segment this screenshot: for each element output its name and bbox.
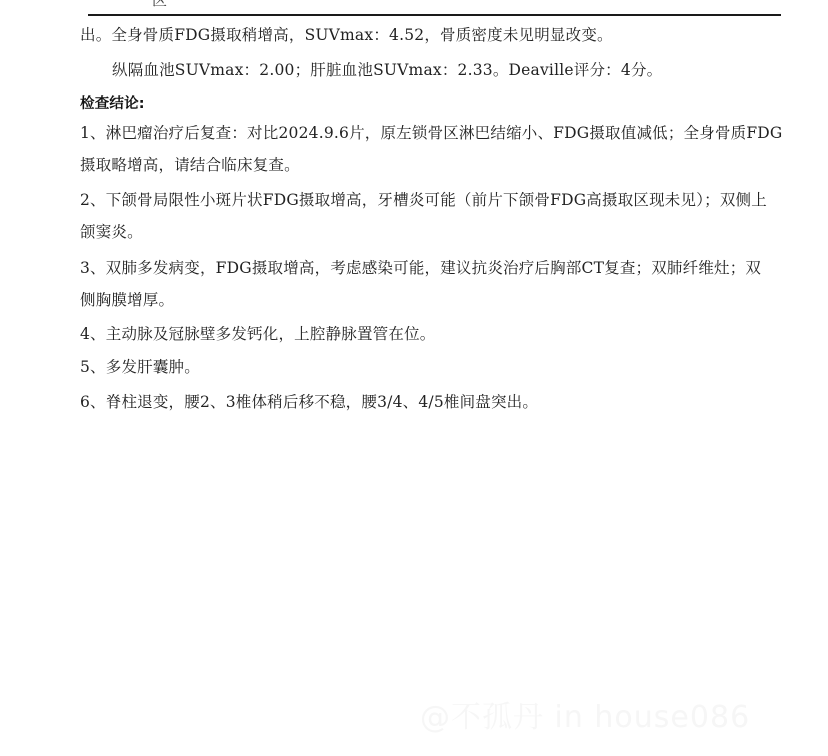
conclusion-item-5: 5、多发肝囊肿。 <box>80 357 200 377</box>
section-divider <box>88 14 781 16</box>
conclusion-item-2-line-1: 2、下颌骨局限性小斑片状FDG摄取增高，牙槽炎可能（前片下颌骨FDG高摄取区现未… <box>80 190 767 210</box>
conclusion-item-1-line-1: 1、淋巴瘤治疗后复查：对比2024.9.6片，原左锁骨区淋巴结缩小、FDG摄取值… <box>80 123 783 143</box>
conclusion-item-2-line-2: 颌窦炎。 <box>80 222 143 242</box>
conclusion-item-3-line-1: 3、双肺多发病变，FDG摄取增高，考虑感染可能，建议抗炎治疗后胸部CT复查；双肺… <box>80 258 761 278</box>
conclusion-heading: 检查结论: <box>80 94 145 114</box>
conclusion-item-4: 4、主动脉及冠脉壁多发钙化，上腔静脉置管在位。 <box>80 324 435 344</box>
previous-table-cell-fragment: 区 <box>152 0 167 9</box>
conclusion-item-1-line-2: 摄取略增高，请结合临床复查。 <box>80 155 300 175</box>
watermark: @不孤丹 in house086 <box>420 692 750 736</box>
conclusion-item-6: 6、脊柱退变，腰2、3椎体稍后移不稳，腰3/4、4/5椎间盘突出。 <box>80 392 538 412</box>
report-page: 区 出。全身骨质FDG摄取稍增高，SUVmax：4.52，骨质密度未见明显改变。… <box>0 0 828 756</box>
findings-line: 出。全身骨质FDG摄取稍增高，SUVmax：4.52，骨质密度未见明显改变。 <box>80 25 613 45</box>
findings-line-suv: 纵隔血池SUVmax：2.00；肝脏血池SUVmax：2.33。Deaville… <box>112 60 662 80</box>
conclusion-item-3-line-2: 侧胸膜增厚。 <box>80 290 174 310</box>
